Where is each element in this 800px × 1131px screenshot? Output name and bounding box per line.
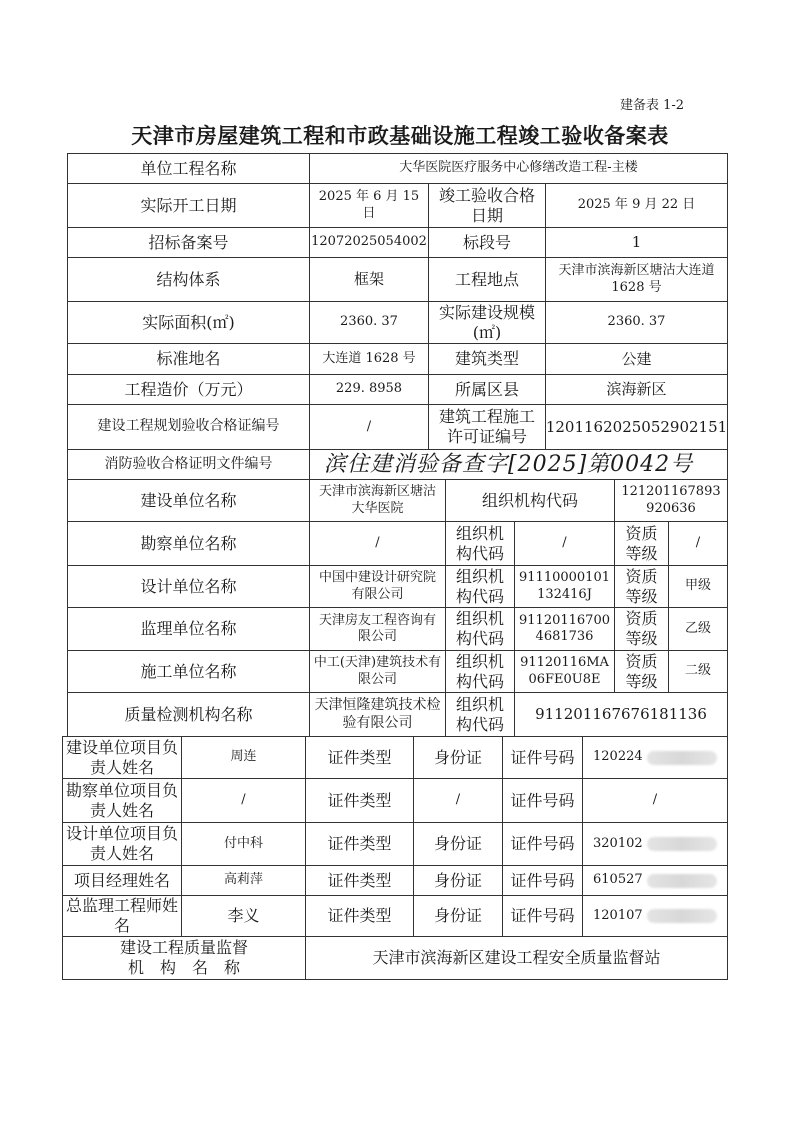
id-no-label: 证件号码	[502, 865, 583, 896]
id-type-label: 证件类型	[305, 822, 414, 866]
district-value: 滨海新区	[545, 374, 728, 405]
acceptance-date-label: 竣工验收合格日期	[428, 183, 546, 228]
address-label: 标准地名	[67, 343, 310, 375]
area-value: 2360. 37	[309, 301, 429, 344]
acceptance-date-value: 2025 年 9 月 22 日	[545, 183, 728, 228]
fire-cert-value: 滨住建消验备查字[2025]第0042号	[309, 449, 728, 480]
redacted-mask	[647, 751, 717, 765]
id-no-prefix: 320102	[593, 836, 643, 852]
id-type-value: 身份证	[413, 895, 503, 937]
location-label: 工程地点	[428, 257, 546, 302]
design-code: 91110000101132416J	[514, 565, 615, 608]
address-value: 大连道 1628 号	[309, 343, 429, 375]
id-type-value: 身份证	[413, 822, 503, 866]
id-no-prefix: 120224	[593, 749, 643, 765]
start-date-value: 2025 年 6 月 15 日	[309, 183, 429, 228]
area-label: 实际面积(㎡)	[67, 301, 310, 344]
id-no-prefix: 610527	[593, 872, 643, 888]
construction-qual: 二级	[668, 650, 728, 693]
id-no-label: 证件号码	[502, 736, 583, 779]
id-type-value: 身份证	[413, 865, 503, 896]
construction-code: 91120116MA06FE0U8E	[514, 650, 615, 693]
supervision-code: 911201167004681736	[514, 607, 615, 651]
survey-code: /	[514, 521, 615, 566]
id-type-label: 证件类型	[305, 736, 414, 779]
bid-no-label: 招标备案号	[67, 227, 310, 258]
testing-name: 天津恒隆建筑技术检验有限公司	[309, 692, 446, 737]
construction-qual-label: 资质等级	[614, 650, 669, 693]
district-label: 所属区县	[428, 374, 546, 405]
start-date-label: 实际开工日期	[67, 183, 310, 228]
person-name: 李义	[181, 895, 306, 937]
supervision-agency-name: 天津市滨海新区建设工程安全质量监督站	[305, 936, 728, 980]
supervision-code-label: 组织机构代码	[445, 607, 515, 651]
id-type-label: 证件类型	[305, 865, 414, 896]
building-type-label: 建筑类型	[428, 343, 546, 375]
supervision-qual-label: 资质等级	[614, 607, 669, 651]
person-role: 总监理工程师姓名	[62, 895, 182, 937]
planning-cert-value: /	[309, 404, 429, 450]
building-type-value: 公建	[545, 343, 728, 375]
design-label: 设计单位名称	[67, 565, 310, 608]
client-code: 121201167893920636	[614, 479, 728, 522]
scale-value: 2360. 37	[545, 301, 728, 344]
supervision-label: 监理单位名称	[67, 607, 310, 651]
construction-name: 中工(天津)建筑技术有限公司	[309, 650, 446, 693]
id-no-label: 证件号码	[502, 778, 583, 823]
testing-code: 911201167676181136	[514, 692, 728, 737]
person-role: 设计单位项目负责人姓名	[62, 822, 182, 866]
design-qual: 甲级	[668, 565, 728, 608]
survey-qual: /	[668, 521, 728, 566]
person-name: 周连	[181, 736, 306, 779]
supervision-agency-label-line2: 机 构 名 称	[128, 958, 240, 978]
survey-name: /	[309, 521, 446, 566]
fire-cert-label: 消防验收合格证明文件编号	[67, 449, 310, 480]
redacted-mask	[647, 874, 717, 888]
supervision-qual: 乙级	[668, 607, 728, 651]
form-code: 建备表 1-2	[620, 94, 684, 113]
permit-value: 1201162025052902151	[545, 404, 728, 450]
cost-value: 229. 8958	[309, 374, 429, 405]
location-value: 天津市滨海新区塘沽大连道 1628 号	[545, 257, 728, 302]
structure-label: 结构体系	[67, 257, 310, 302]
id-no-value: 120107	[582, 895, 728, 937]
design-code-label: 组织机构代码	[445, 565, 515, 608]
section-no-value: 1	[545, 227, 728, 258]
client-name: 天津市滨海新区塘沽大华医院	[309, 479, 446, 522]
construction-code-label: 组织机构代码	[445, 650, 515, 693]
survey-code-label: 组织机构代码	[445, 521, 515, 566]
survey-qual-label: 资质等级	[614, 521, 669, 566]
id-no-label: 证件号码	[502, 822, 583, 866]
supervision-agency-label-line1: 建设工程质量监督	[120, 938, 248, 958]
permit-label: 建筑工程施工许可证编号	[428, 404, 546, 450]
construction-label: 施工单位名称	[67, 650, 310, 693]
redacted-mask	[647, 909, 717, 923]
person-role: 项目经理姓名	[62, 865, 182, 896]
scale-label: 实际建设规模(㎡)	[428, 301, 546, 344]
page-title: 天津市房屋建筑工程和市政基础设施工程竣工验收备案表	[0, 120, 800, 150]
cost-label: 工程造价（万元）	[67, 374, 310, 405]
planning-cert-label: 建设工程规划验收合格证编号	[67, 404, 310, 450]
person-role: 勘察单位项目负责人姓名	[62, 778, 182, 823]
id-no-label: 证件号码	[502, 895, 583, 937]
redacted-mask	[647, 837, 717, 851]
client-code-label: 组织机构代码	[445, 479, 615, 522]
testing-label: 质量检测机构名称	[67, 692, 310, 737]
id-no-value: 610527	[582, 865, 728, 896]
id-type-label: 证件类型	[305, 895, 414, 937]
bid-no-value: 12072025054002	[309, 227, 429, 258]
survey-label: 勘察单位名称	[67, 521, 310, 566]
id-type-value: /	[413, 778, 503, 823]
id-no-value: 320102	[582, 822, 728, 866]
person-role: 建设单位项目负责人姓名	[62, 736, 182, 779]
testing-code-label: 组织机构代码	[445, 692, 515, 737]
supervision-agency-label: 建设工程质量监督 机 构 名 称	[62, 936, 306, 980]
supervision-name: 天津房友工程咨询有限公司	[309, 607, 446, 651]
id-no-prefix: 120107	[593, 908, 643, 924]
id-type-value: 身份证	[413, 736, 503, 779]
person-name: 高莉萍	[181, 865, 306, 896]
id-type-label: 证件类型	[305, 778, 414, 823]
section-no-label: 标段号	[428, 227, 546, 258]
person-name: 付中科	[181, 822, 306, 866]
id-no-value: /	[582, 778, 728, 823]
unit-name-value: 大华医院医疗服务中心修缮改造工程-主楼	[309, 153, 728, 184]
client-label: 建设单位名称	[67, 479, 310, 522]
structure-value: 框架	[309, 257, 429, 302]
id-no-value: 120224	[582, 736, 728, 779]
unit-name-label: 单位工程名称	[67, 153, 310, 184]
design-name: 中国中建设计研究院有限公司	[309, 565, 446, 608]
design-qual-label: 资质等级	[614, 565, 669, 608]
person-name: /	[181, 778, 306, 823]
